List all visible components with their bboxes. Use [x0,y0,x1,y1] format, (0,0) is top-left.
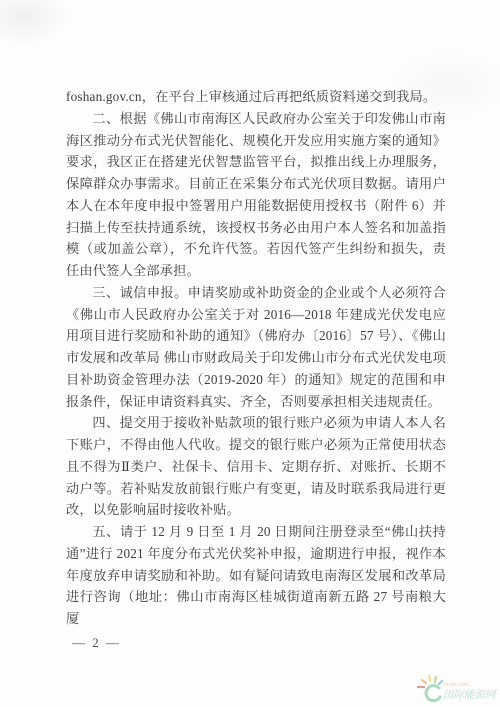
paragraph: foshan.gov.cn，在平台上审核通过后再把纸质资料递交到我局。 [66,86,446,108]
ray-yellow-icon [429,676,430,681]
document-page: { "document": { "paragraphs": [ { "inden… [0,0,500,707]
paragraph: 三、诚信申报。申请奖励或补助资金的企业或个人必须符合《佛山市人民政府办公室关于对… [66,282,446,413]
paragraph: 五、请于 12 月 9 日至 1 月 20 日期间注册登录至“佛山扶持通”进行 … [66,521,446,630]
watermark-site-name: 国际能源网 [443,689,497,701]
paragraph: 二、根据《佛山市南海区人民政府办公室关于印发佛山市南海区推动分布式光伏智能化、规… [66,108,446,282]
ray-blue-icon [439,681,442,684]
crescent-icon [426,686,440,701]
scan-artifact [0,0,70,46]
ray-orange-icon [422,680,426,683]
watermark: in-en.com 国际能源网 [413,673,497,705]
page-number: — 2 — [72,635,121,651]
energy-logo-icon: in-en.com 国际能源网 [413,673,497,705]
paragraph: 四、提交用于接收补贴款项的银行账户必须为申请人本人名下账户，不得由他人代收。提交… [66,412,446,521]
ray-leaf-icon [435,677,436,682]
document-body: foshan.gov.cn，在平台上审核通过后再把纸质资料递交到我局。二、根据《… [66,86,446,630]
watermark-domain-text: in-en.com [444,682,469,688]
